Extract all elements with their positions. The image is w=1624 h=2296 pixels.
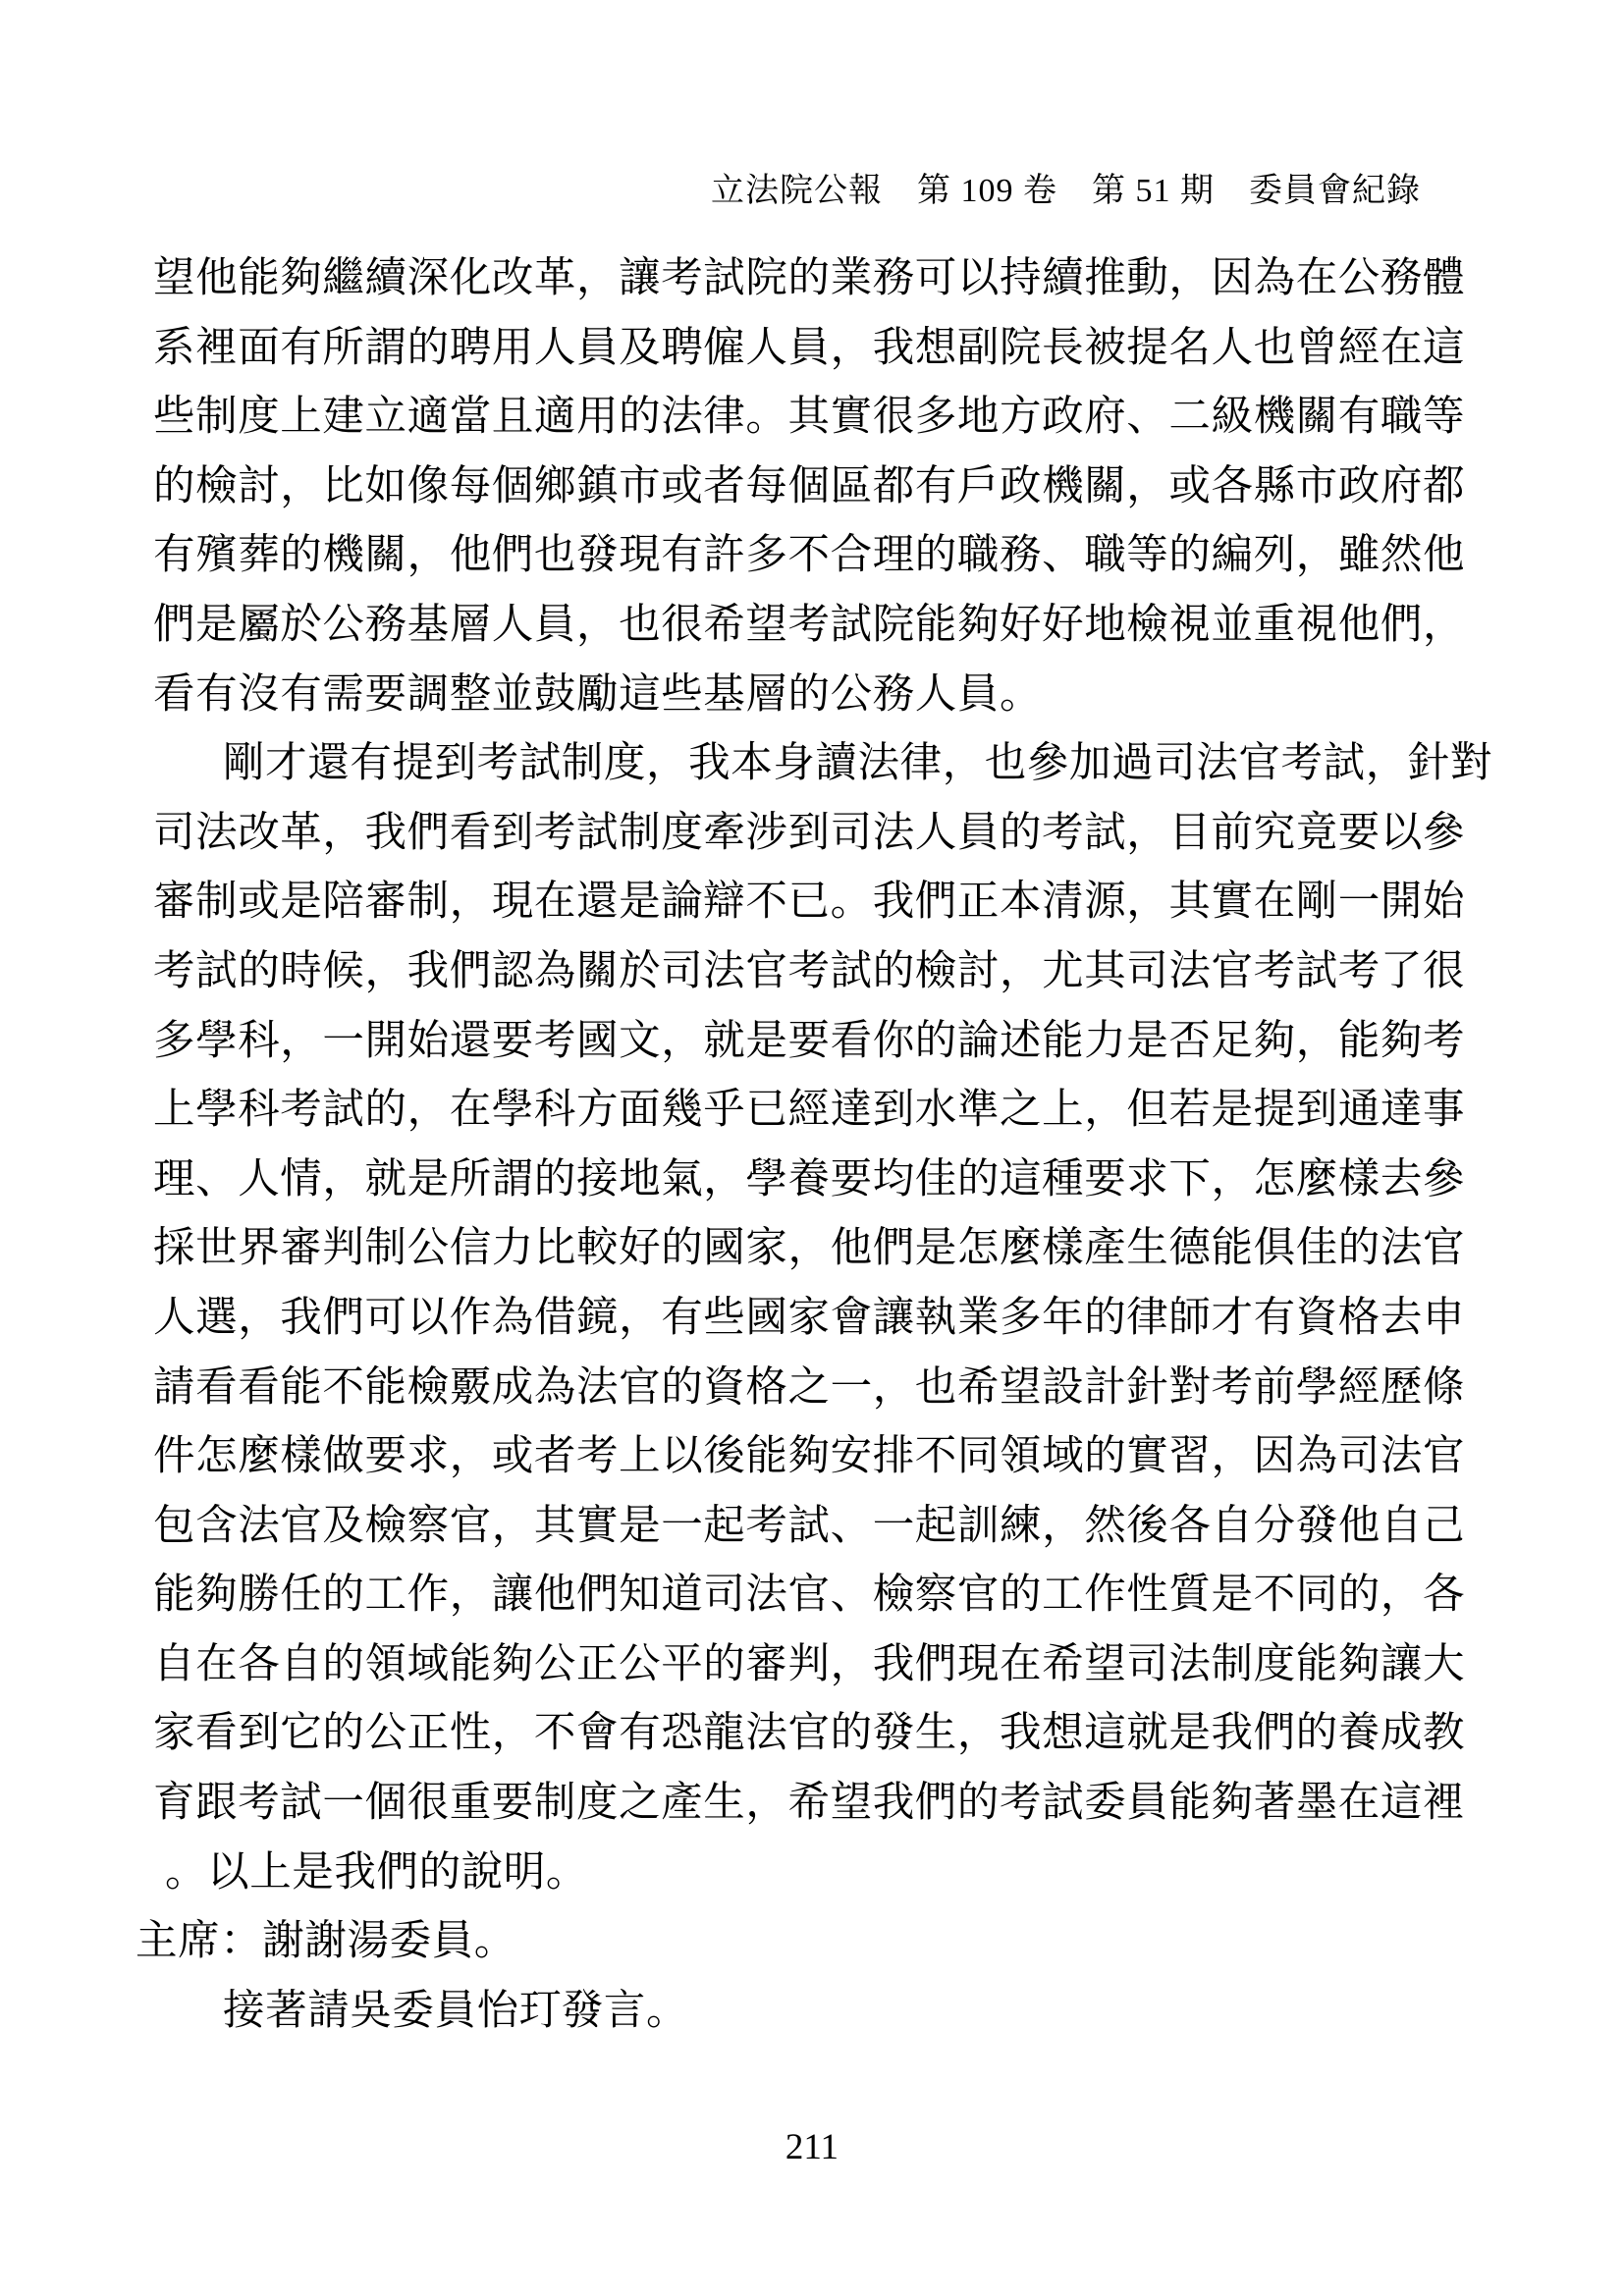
text-line: 接著請吳委員怡玎發言。 [0,1977,1624,2047]
text-line: 多學科，一開始還要考國文，就是要看你的論述能力是否足夠，能夠考 [0,1007,1624,1077]
text-line: 剛才還有提到考試制度，我本身讀法律，也參加過司法官考試，針對 [0,729,1624,799]
text-line: 的檢討，比如像每個鄉鎮市或者每個區都有戶政機關，或各縣市政府都 [0,453,1624,522]
text-line: 有殯葬的機關，他們也發現有許多不合理的職務、職等的編列，雖然他 [0,521,1624,591]
text-line: 包含法官及檢察官，其實是一起考試、一起訓練，然後各自分發他自己 [0,1492,1624,1562]
text-line: 。以上是我們的說明。 [0,1839,1624,1908]
text-line: 主席：謝謝湯委員。 [0,1907,1624,1977]
text-line: 些制度上建立適當且適用的法律。其實很多地方政府、二級機關有職等 [0,383,1624,453]
text-line: 家看到它的公正性，不會有恐龍法官的發生，我想這就是我們的養成教 [0,1699,1624,1769]
text-line: 審制或是陪審制，現在還是論辯不已。我們正本清源，其實在剛一開始 [0,868,1624,937]
running-header: 立法院公報 第 109 卷 第 51 期 委員會紀錄 [0,163,1421,211]
page-number: 211 [0,2126,1624,2168]
text-line: 望他能夠繼續深化改革，讓考試院的業務可以持續推動，因為在公務體 [0,244,1624,314]
text-line: 系裡面有所謂的聘用人員及聘僱人員，我想副院長被提名人也曾經在這 [0,314,1624,384]
text-line: 們是屬於公務基層人員，也很希望考試院能夠好好地檢視並重視他們， [0,591,1624,661]
text-line: 考試的時候，我們認為關於司法官考試的檢討，尤其司法官考試考了很 [0,937,1624,1007]
text-line: 採世界審判制公信力比較好的國家，他們是怎麼樣產生德能俱佳的法官 [0,1214,1624,1284]
document-body: 望他能夠繼續深化改革，讓考試院的業務可以持續推動，因為在公務體系裡面有所謂的聘用… [0,244,1624,2046]
text-line: 人選，我們可以作為借鏡，有些國家會讓執業多年的律師才有資格去申 [0,1284,1624,1354]
text-line: 件怎麼樣做要求，或者考上以後能夠安排不同領域的實習，因為司法官 [0,1422,1624,1492]
text-line: 看有沒有需要調整並鼓勵這些基層的公務人員。 [0,661,1624,730]
text-line: 司法改革，我們看到考試制度牽涉到司法人員的考試，目前究竟要以參 [0,799,1624,869]
text-line: 育跟考試一個很重要制度之產生，希望我們的考試委員能夠著墨在這裡 [0,1769,1624,1839]
gazette-page: 立法院公報 第 109 卷 第 51 期 委員會紀錄 望他能夠繼續深化改革，讓考… [0,0,1624,2296]
text-line: 上學科考試的，在學科方面幾乎已經達到水準之上，但若是提到通達事 [0,1076,1624,1146]
text-line: 理、人情，就是所謂的接地氣，學養要均佳的這種要求下，怎麼樣去參 [0,1146,1624,1215]
text-line: 請看看能不能檢覈成為法官的資格之一，也希望設計針對考前學經歷條 [0,1354,1624,1423]
text-line: 能夠勝任的工作，讓他們知道司法官、檢察官的工作性質是不同的，各 [0,1561,1624,1630]
text-line: 自在各自的領域能夠公正公平的審判，我們現在希望司法制度能夠讓大 [0,1630,1624,1700]
